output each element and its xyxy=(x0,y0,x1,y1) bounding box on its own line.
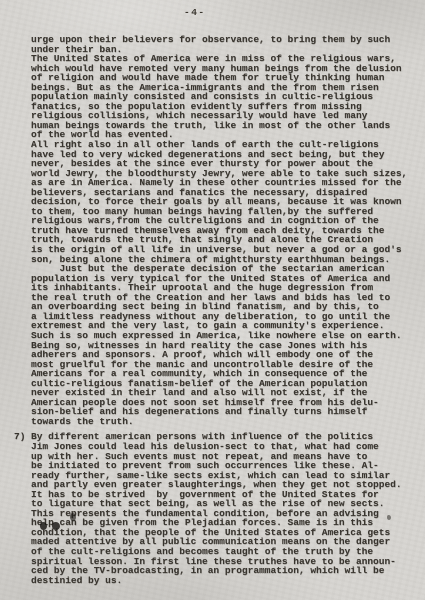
document-page: -4- urge upon their believers for observ… xyxy=(0,0,425,600)
ink-smudge xyxy=(40,522,47,530)
paragraph-text: By different american persons with influ… xyxy=(31,432,411,585)
paragraph: All right also in all other lands of ear… xyxy=(31,140,411,264)
paragraph: urge upon their believers for observance… xyxy=(31,35,411,54)
paragraph-text: Just but the desperate decision of the s… xyxy=(31,264,411,426)
paragraph: 7)By different american persons with inf… xyxy=(31,432,411,585)
ink-smudge xyxy=(387,515,391,520)
paragraph-text: All right also in all other lands of ear… xyxy=(31,140,411,264)
paragraph-text: The United States of America were in mis… xyxy=(31,54,411,140)
paragraph: Just but the desperate decision of the s… xyxy=(31,264,411,426)
paragraph: The United States of America were in mis… xyxy=(31,54,411,140)
ink-smudge xyxy=(70,513,76,521)
text-block: urge upon their believers for observance… xyxy=(31,35,411,585)
page-number: -4- xyxy=(184,7,206,18)
list-number: 7) xyxy=(14,432,25,442)
paragraph-text: urge upon their believers for observance… xyxy=(31,35,411,54)
ink-smudge xyxy=(52,522,60,530)
